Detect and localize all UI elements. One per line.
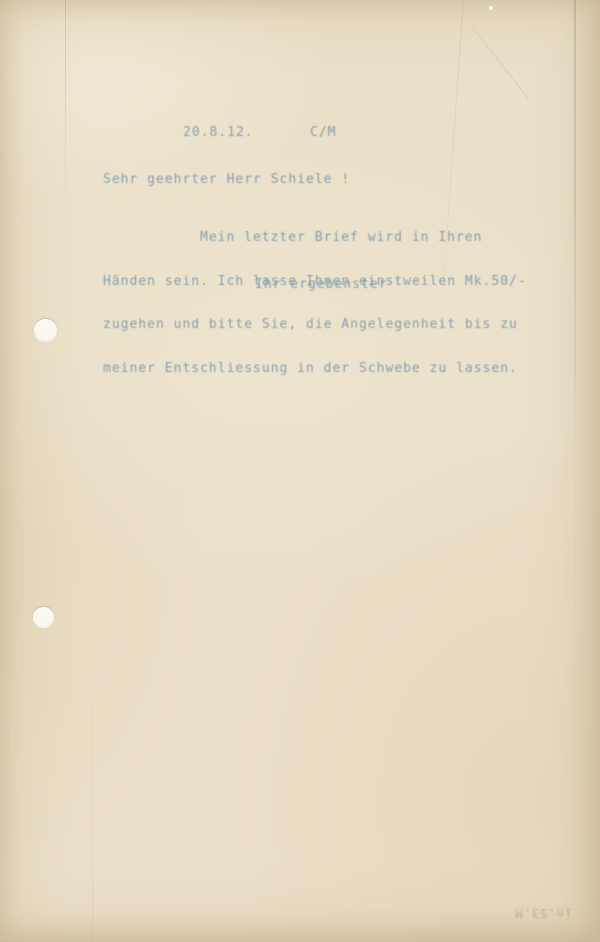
letter-salutation: Sehr geehrter Herr Schiele ! xyxy=(103,173,350,188)
letter-closing: Ihr ergebenster xyxy=(255,278,387,293)
body-line: meiner Entschliessung in der Schwebe zu … xyxy=(103,362,543,377)
diagonal-crease-corner xyxy=(472,27,528,99)
vertical-crease-left xyxy=(65,0,66,215)
body-line: Mein letzter Brief wird in Ihren xyxy=(103,231,543,246)
vertical-crease-bottom xyxy=(92,700,93,942)
letter-body: Mein letzter Brief wird in Ihren Händen … xyxy=(103,202,543,405)
verso-bleed-through-inscription: in.53.M xyxy=(500,906,572,920)
letter-date: 20.8.12. xyxy=(183,126,254,141)
body-line: zugehen und bitte Sie, die Angelegenheit… xyxy=(103,318,543,333)
punch-hole-top xyxy=(34,319,57,342)
paper-speck xyxy=(489,6,493,10)
letter-reference: C/M xyxy=(310,126,336,141)
punch-hole-bottom xyxy=(33,607,54,628)
vertical-crease-right xyxy=(574,0,576,450)
letter-scan: 20.8.12. C/M Sehr geehrter Herr Schiele … xyxy=(0,0,600,942)
